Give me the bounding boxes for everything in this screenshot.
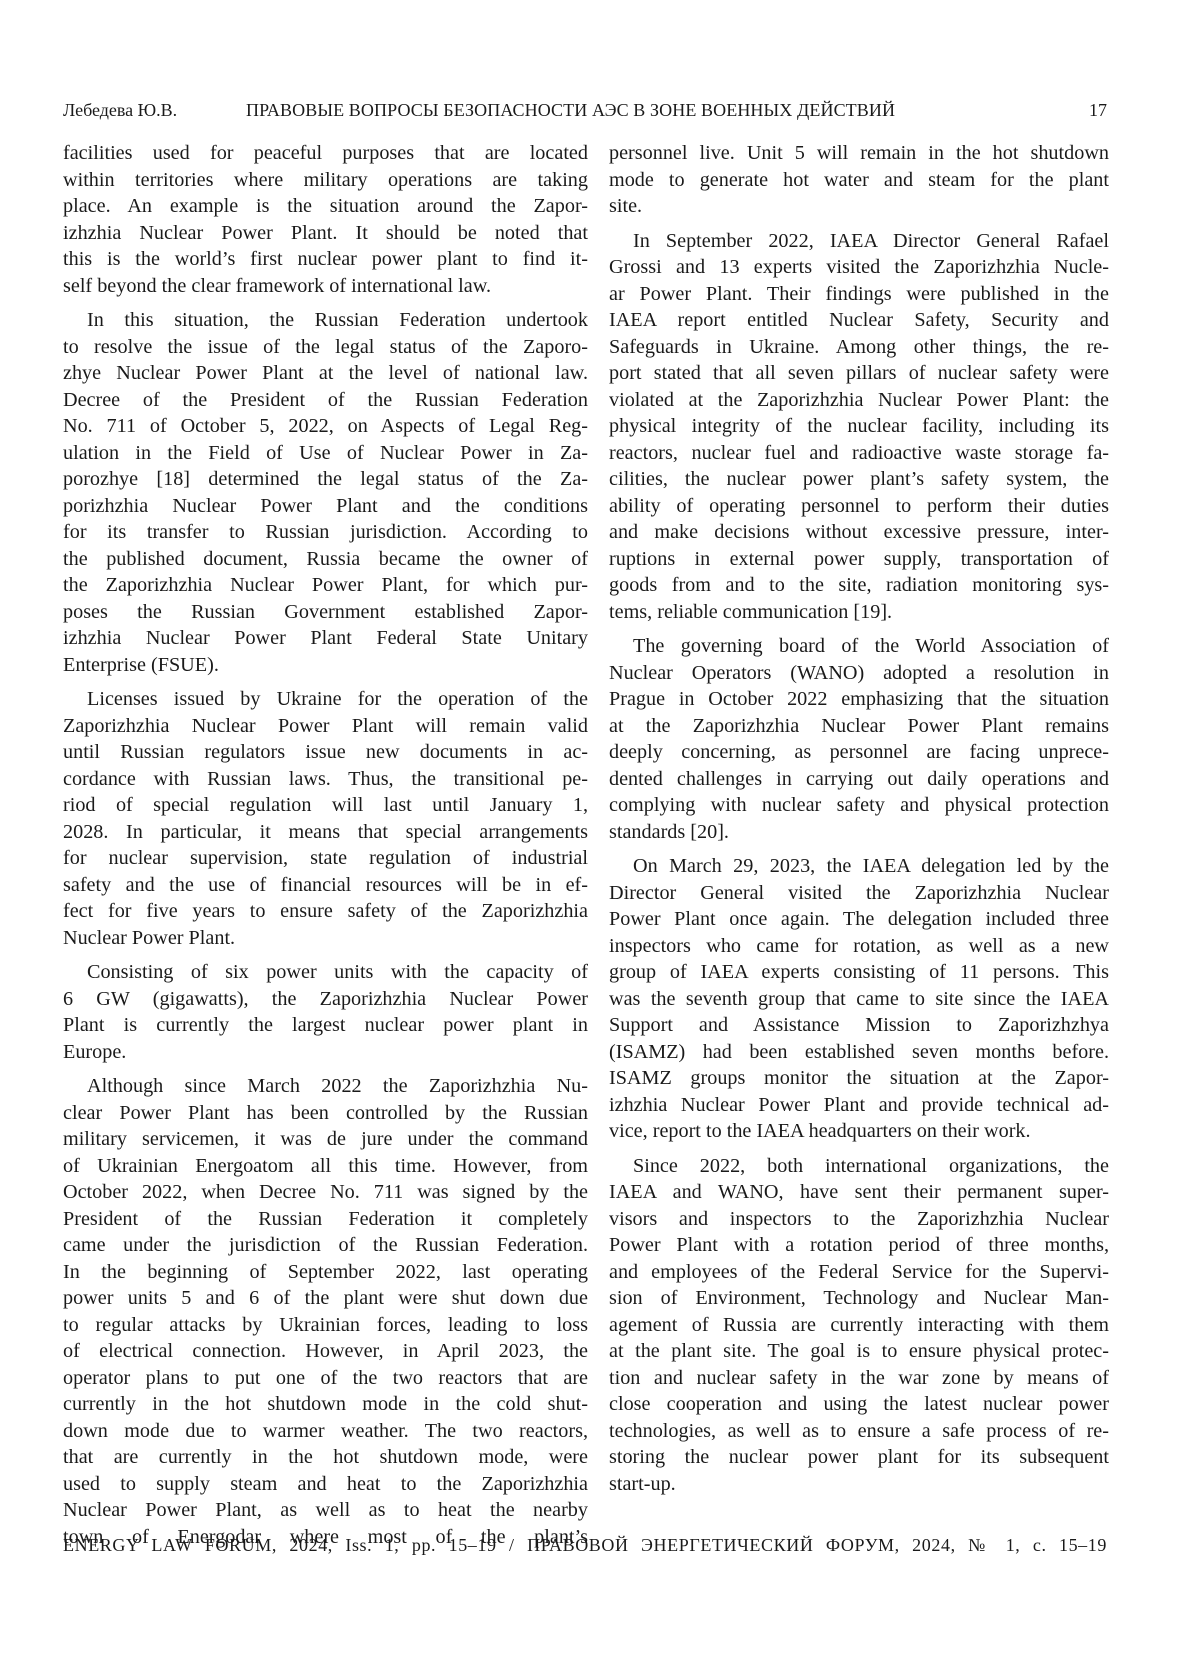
paragraph: Since 2022, both international organizat… [609,1153,1109,1498]
text-line: Support and Assistance Mission to Zapori… [609,1012,1109,1039]
text-line: for its transfer to Russian jurisdiction… [63,519,588,546]
text-line: tems, reliable communication [19]. [609,599,1109,626]
text-line: violated at the Zaporizhzhia Nuclear Pow… [609,387,1109,414]
text-line: Europe. [63,1039,588,1066]
text-line: Enterprise (FSUE). [63,652,588,679]
text-line: Licenses issued by Ukraine for the opera… [63,686,588,713]
text-line: visors and inspectors to the Zaporizhzhi… [609,1206,1109,1233]
text-line: 2028. In particular, it means that speci… [63,819,588,846]
text-line: fect for five years to ensure safety of … [63,898,588,925]
text-line: start-up. [609,1471,1109,1498]
text-line: No. 711 of October 5, 2022, on Aspects o… [63,413,588,440]
text-line: In this situation, the Russian Federatio… [63,307,588,334]
text-line: to regular attacks by Ukrainian forces, … [63,1312,588,1339]
right-column: personnel live. Unit 5 will remain in th… [609,140,1109,1505]
text-line: inspectors who came for rotation, as wel… [609,933,1109,960]
text-line: technologies, as well as to ensure a saf… [609,1418,1109,1445]
page-number: 17 [1089,96,1107,124]
journal-citation-footer: ENERGY LAW FORUM, 2024, Iss. 1, pp. 15–1… [63,1533,1107,1557]
text-line: Power Plant with a rotation period of th… [609,1232,1109,1259]
text-line: at the Zaporizhzhia Nuclear Power Plant … [609,713,1109,740]
text-line: of Ukrainian Energoatom all this time. H… [63,1153,588,1180]
text-line: to resolve the issue of the legal status… [63,334,588,361]
text-line: goods from and to the site, radiation mo… [609,572,1109,599]
text-line: October 2022, when Decree No. 711 was si… [63,1179,588,1206]
text-line: sion of Environment, Technology and Nucl… [609,1285,1109,1312]
text-line: tion and nuclear safety in the war zone … [609,1365,1109,1392]
paragraph: In this situation, the Russian Federatio… [63,307,588,678]
text-line: physical integrity of the nuclear facili… [609,413,1109,440]
text-line: ulation in the Field of Use of Nuclear P… [63,440,588,467]
text-line: safety and the use of financial resource… [63,872,588,899]
text-line: clear Power Plant has been controlled by… [63,1100,588,1127]
text-line: agement of Russia are currently interact… [609,1312,1109,1339]
text-line: riod of special regulation will last unt… [63,792,588,819]
text-line: self beyond the clear framework of inter… [63,273,588,300]
text-line: Prague in October 2022 emphasizing that … [609,686,1109,713]
paragraph: In September 2022, IAEA Director General… [609,228,1109,626]
text-line: storing the nuclear power plant for its … [609,1444,1109,1471]
text-line: izhzhia Nuclear Power Plant and provide … [609,1092,1109,1119]
text-line: mode to generate hot water and steam for… [609,167,1109,194]
text-line: dented challenges in carrying out daily … [609,766,1109,793]
text-line: Grossi and 13 experts visited the Zapori… [609,254,1109,281]
running-head-title: ПРАВОВЫЕ ВОПРОСЫ БЕЗОПАСНОСТИ АЭС В ЗОНЕ… [246,96,895,124]
text-line: The governing board of the World Associa… [609,633,1109,660]
text-line: came under the jurisdiction of the Russi… [63,1232,588,1259]
text-line: porizhzhia Nuclear Power Plant and the c… [63,493,588,520]
text-line: 6 GW (gigawatts), the Zaporizhzhia Nucle… [63,986,588,1013]
text-line: operator plans to put one of the two rea… [63,1365,588,1392]
running-head: Лебедева Ю.В. ПРАВОВЫЕ ВОПРОСЫ БЕЗОПАСНО… [63,96,1107,124]
text-line: reactors, nuclear fuel and radioactive w… [609,440,1109,467]
text-line: poses the Russian Government established… [63,599,588,626]
paragraph: personnel live. Unit 5 will remain in th… [609,140,1109,220]
left-column: facilities used for peaceful purposes th… [63,140,588,1558]
text-line: and employees of the Federal Service for… [609,1259,1109,1286]
text-line: currently in the hot shutdown mode in th… [63,1391,588,1418]
text-line: the Zaporizhzhia Nuclear Power Plant, fo… [63,572,588,599]
text-line: ISAMZ groups monitor the situation at th… [609,1065,1109,1092]
text-line: Nuclear Operators (WANO) adopted a resol… [609,660,1109,687]
text-line: site. [609,193,1109,220]
text-line: until Russian regulators issue new docum… [63,739,588,766]
text-line: personnel live. Unit 5 will remain in th… [609,140,1109,167]
text-line: ar Power Plant. Their findings were publ… [609,281,1109,308]
text-line: Safeguards in Ukraine. Among other thing… [609,334,1109,361]
text-line: power units 5 and 6 of the plant were sh… [63,1285,588,1312]
paragraph: facilities used for peaceful purposes th… [63,140,588,299]
text-line: of electrical connection. However, in Ap… [63,1338,588,1365]
text-line: that are currently in the hot shutdown m… [63,1444,588,1471]
text-line: this is the world’s first nuclear power … [63,246,588,273]
text-line: Nuclear Power Plant. [63,925,588,952]
text-line: within territories where military operat… [63,167,588,194]
text-line: IAEA report entitled Nuclear Safety, Sec… [609,307,1109,334]
text-line: In September 2022, IAEA Director General… [609,228,1109,255]
text-line: On March 29, 2023, the IAEA delegation l… [609,853,1109,880]
paragraph: On March 29, 2023, the IAEA delegation l… [609,853,1109,1145]
text-line: Plant is currently the largest nuclear p… [63,1012,588,1039]
text-line: Nuclear Power Plant, as well as to heat … [63,1497,588,1524]
text-line: military servicemen, it was de jure unde… [63,1126,588,1153]
text-line: complying with nuclear safety and physic… [609,792,1109,819]
text-line: Director General visited the Zaporizhzhi… [609,880,1109,907]
text-line: group of IAEA experts consisting of 11 p… [609,959,1109,986]
text-line: cilities, the nuclear power plant’s safe… [609,466,1109,493]
text-line: place. An example is the situation aroun… [63,193,588,220]
paragraph: Licenses issued by Ukraine for the opera… [63,686,588,951]
text-line: down mode due to warmer weather. The two… [63,1418,588,1445]
text-line: for nuclear supervision, state regulatio… [63,845,588,872]
text-line: President of the Russian Federation it c… [63,1206,588,1233]
text-line: In the beginning of September 2022, last… [63,1259,588,1286]
text-line: porozhye [18] determined the legal statu… [63,466,588,493]
text-line: zhye Nuclear Power Plant at the level of… [63,360,588,387]
paragraph: Consisting of six power units with the c… [63,959,588,1065]
text-line: standards [20]. [609,819,1109,846]
text-line: facilities used for peaceful purposes th… [63,140,588,167]
text-line: Zaporizhzhia Nuclear Power Plant will re… [63,713,588,740]
text-line: izhzhia Nuclear Power Plant. It should b… [63,220,588,247]
paragraph: The governing board of the World Associa… [609,633,1109,845]
text-line: Decree of the President of the Russian F… [63,387,588,414]
text-line: Consisting of six power units with the c… [63,959,588,986]
text-line: ability of operating personnel to perfor… [609,493,1109,520]
text-line: and make decisions without excessive pre… [609,519,1109,546]
text-line: cordance with Russian laws. Thus, the tr… [63,766,588,793]
paragraph: Although since March 2022 the Zaporizhzh… [63,1073,588,1550]
text-line: at the plant site. The goal is to ensure… [609,1338,1109,1365]
text-line: izhzhia Nuclear Power Plant Federal Stat… [63,625,588,652]
text-line: Since 2022, both international organizat… [609,1153,1109,1180]
text-line: close cooperation and using the latest n… [609,1391,1109,1418]
text-line: was the seventh group that came to site … [609,986,1109,1013]
text-line: port stated that all seven pillars of nu… [609,360,1109,387]
text-line: (ISAMZ) had been established seven month… [609,1039,1109,1066]
text-line: vice, report to the IAEA headquarters on… [609,1118,1109,1145]
text-line: Although since March 2022 the Zaporizhzh… [63,1073,588,1100]
running-head-author: Лебедева Ю.В. [63,96,177,124]
text-line: used to supply steam and heat to the Zap… [63,1471,588,1498]
text-line: IAEA and WANO, have sent their permanent… [609,1179,1109,1206]
text-line: Power Plant once again. The delegation i… [609,906,1109,933]
text-line: the published document, Russia became th… [63,546,588,573]
text-line: deeply concerning, as personnel are faci… [609,739,1109,766]
text-line: ruptions in external power supply, trans… [609,546,1109,573]
